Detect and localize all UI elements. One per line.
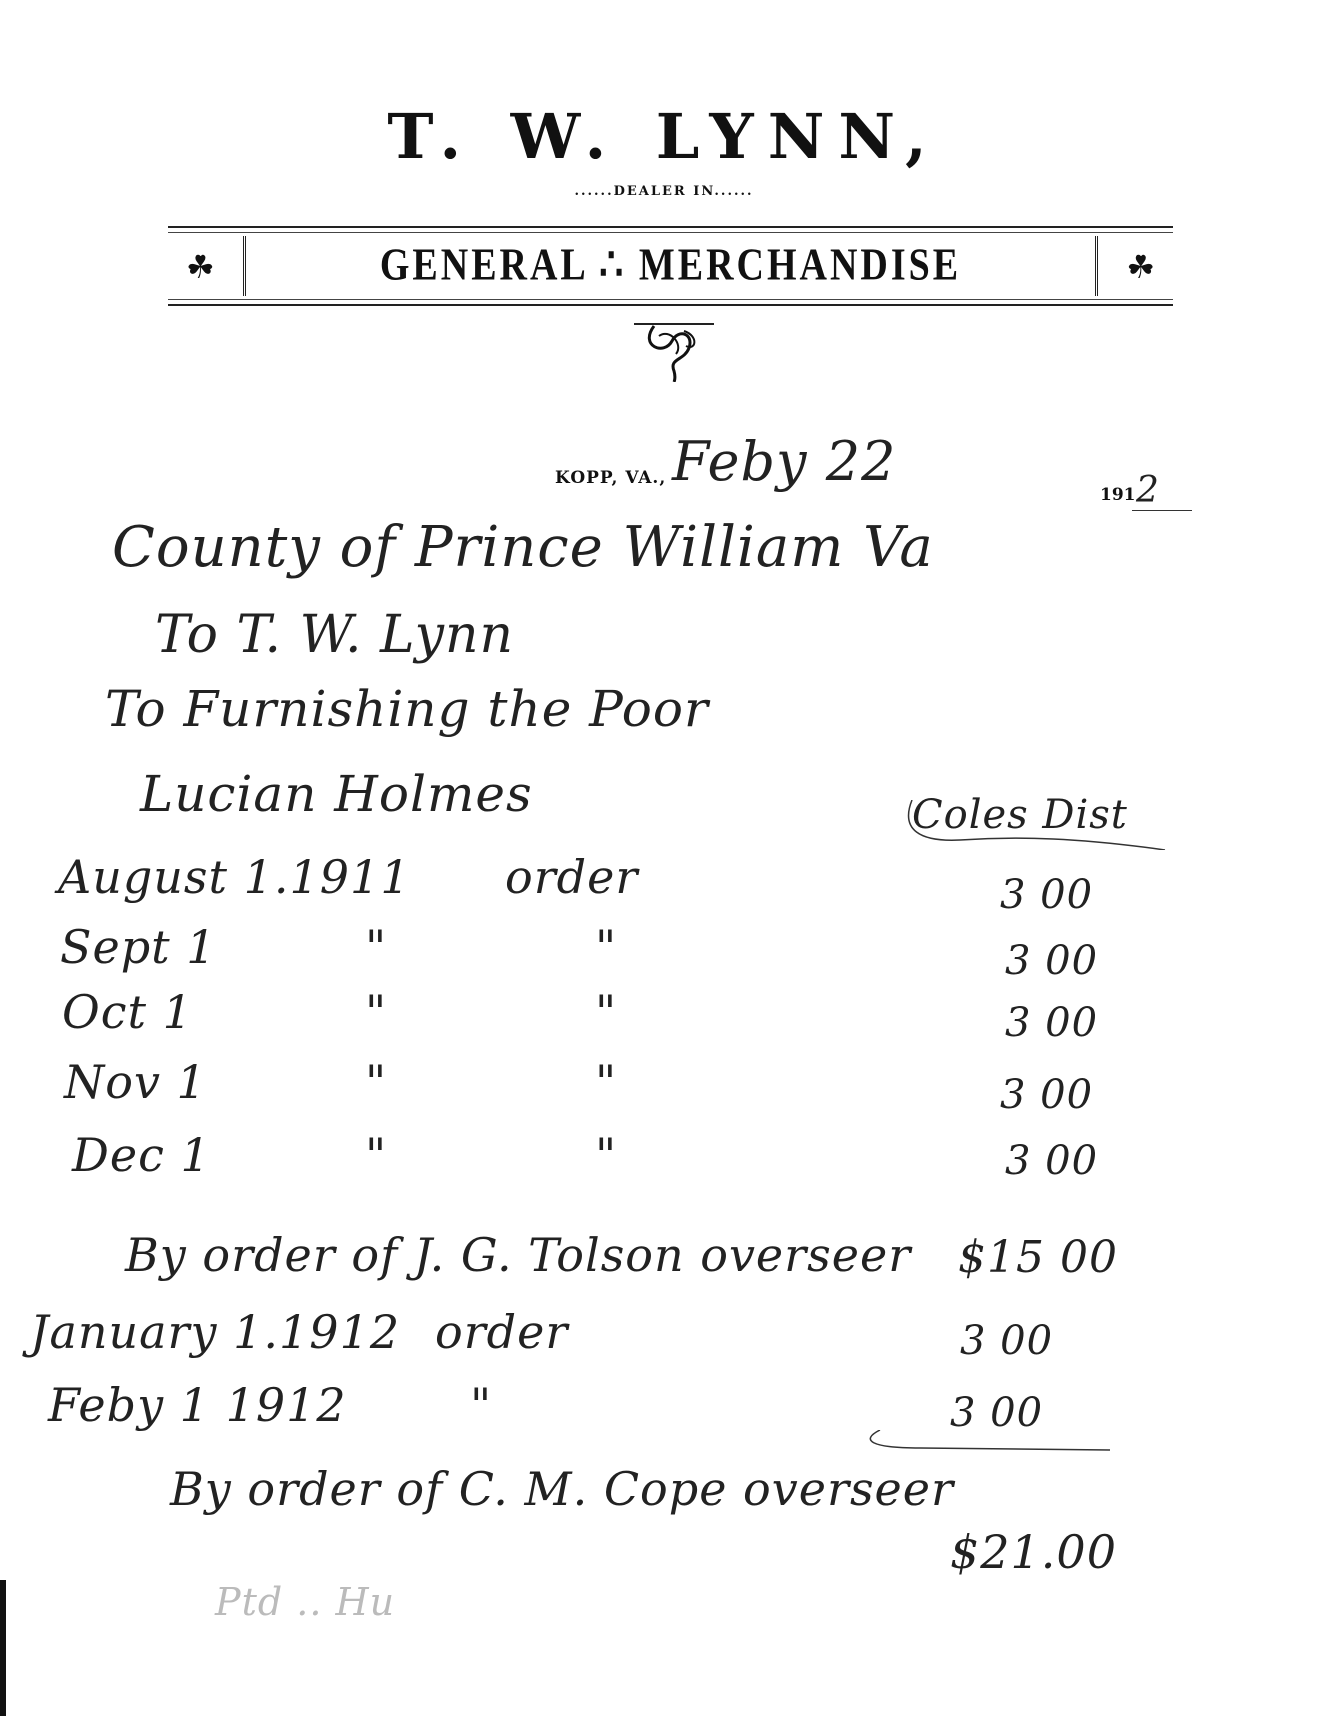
entry-item: order [435,1305,568,1359]
ditto-mark: " [365,920,387,974]
scroll-ornament-icon [634,316,714,382]
leaf-flourish-icon: ☘ [1126,248,1155,286]
merchant-name: T. W. LYNN, [0,100,1328,173]
entry-date: Oct 1 [62,985,193,1039]
recipient-name: Lucian Holmes [140,765,533,823]
entry-item: " [470,1378,492,1432]
entry-date: August 1.1911 [58,850,411,904]
dealer-in-label: ......DEALER IN...... [0,184,1328,199]
entry-item: " [595,1055,617,1109]
ditto-mark: " [365,1055,387,1109]
district-bracket [900,800,1170,850]
overseer-note: By order of C. M. Cope overseer [170,1462,954,1516]
entry-amount: 3 00 [1000,872,1093,918]
entry-item: " [595,920,617,974]
entry-date: Dec 1 [72,1128,211,1182]
entry-amount: 3 00 [1005,1000,1098,1046]
ditto-mark: " [365,1128,387,1182]
invoice-date: Feby 22 [672,430,896,493]
leaf-flourish-icon: ☘ [186,248,215,286]
trade-banner: ☘ GENERAL ∴ MERCHANDISE ☘ [168,226,1173,306]
entry-date: January 1.1912 [30,1305,400,1359]
place-label: KOPP, VA., [555,468,666,488]
subtotal-amount: $15 00 [958,1232,1118,1283]
year-underline [1132,510,1192,511]
entry-date: Feby 1 1912 [48,1378,347,1432]
ditto-mark: " [365,985,387,1039]
entry-amount: 3 00 [960,1318,1053,1364]
description-line: To Furnishing the Poor [105,680,709,738]
entry-date: Sept 1 [60,920,217,974]
trade-label: GENERAL ∴ MERCHANDISE [243,238,1098,292]
entry-amount: 3 00 [1005,938,1098,984]
scan-edge [0,1580,6,1716]
total-amount: $21.00 [950,1525,1117,1579]
entry-item: " [595,985,617,1039]
creditor-line: To T. W. Lynn [155,605,514,665]
overseer-note: By order of J. G. Tolson overseer [125,1228,911,1282]
entry-item: order [505,850,638,904]
debtor-line: County of Prince William Va [112,515,934,580]
entry-amount: 3 00 [1005,1138,1098,1184]
entry-item: " [595,1128,617,1182]
faint-bleedthrough-text: Ptd .. Hu [215,1580,395,1624]
year-suffix: 2 [1136,470,1160,511]
entry-date: Nov 1 [64,1055,207,1109]
entry-amount: 3 00 [1000,1072,1093,1118]
sum-rule [860,1430,1120,1460]
year-prefix: 191 [1100,485,1136,505]
